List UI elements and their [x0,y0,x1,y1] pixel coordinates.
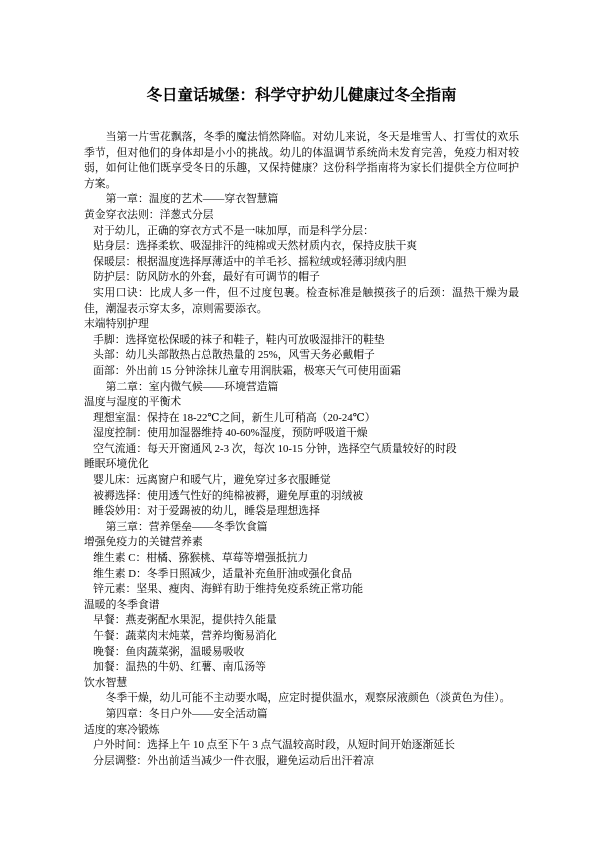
section-heading: 增强免疫力的关键营养素 [84,535,519,551]
list-item: 手脚：选择宽松保暖的袜子和鞋子，鞋内可放吸湿排汗的鞋垫 [84,333,519,349]
section-heading: 末端特别护理 [84,317,519,333]
section-heading: 温暖的冬季食谱 [84,598,519,614]
list-item: 湿度控制：使用加湿器维持 40-60%湿度，预防呼吸道干燥 [84,426,519,442]
chapter-3-title: 第三章：营养堡垒——冬季饮食篇 [84,520,519,536]
list-item: 防护层：防风防水的外套，最好有可调节的帽子 [84,270,519,286]
list-item: 午餐：蔬菜肉末炖菜，营养均衡易消化 [84,629,519,645]
list-item: 理想室温：保持在 18-22℃之间，新生儿可稍高（20-24℃） [84,411,519,427]
chapter-4-title: 第四章：冬日户外——安全活动篇 [84,707,519,723]
list-item: 晚餐：鱼肉蔬菜粥，温暖易吸收 [84,645,519,661]
section-heading: 睡眠环境优化 [84,457,519,473]
list-item: 维生素 C：柑橘、猕猴桃、草莓等增强抵抗力 [84,551,519,567]
list-item: 贴身层：选择柔软、吸湿排汗的纯棉或天然材质内衣，保持皮肤干爽 [84,239,519,255]
document-page: 冬日童话城堡：科学守护幼儿健康过冬全指南 当第一片雪花飘落，冬季的魔法悄然降临。… [0,0,595,841]
list-item: 分层调整：外出前适当减少一件衣服，避免运动后出汗着凉 [84,754,519,770]
section-heading: 饮水智慧 [84,676,519,692]
list-item: 空气流通：每天开窗通风 2-3 次，每次 10-15 分钟，选择空气质量较好的时… [84,442,519,458]
section-heading: 适度的寒冷锻炼 [84,723,519,739]
list-item: 睡袋妙用：对于爱踢被的幼儿，睡袋是理想选择 [84,504,519,520]
tip-paragraph: 实用口诀：比成人多一件，但不过度包裹。检查标准是触摸孩子的后颈：温热干燥为最佳，… [84,286,519,317]
list-item: 对于幼儿，正确的穿衣方式不是一味加厚，而是科学分层： [84,224,519,240]
list-item: 被褥选择：使用透气性好的纯棉被褥，避免厚重的羽绒被 [84,489,519,505]
list-item: 维生素 D：冬季日照减少，适量补充鱼肝油或强化食品 [84,567,519,583]
list-item: 加餐：温热的牛奶、红薯、南瓜汤等 [84,660,519,676]
list-item: 保暖层：根据温度选择厚薄适中的羊毛衫、摇粒绒或轻薄羽绒内胆 [84,255,519,271]
section-heading: 温度与湿度的平衡术 [84,395,519,411]
list-item: 头部：幼儿头部散热占总散热量的 25%，风雪天务必戴帽子 [84,348,519,364]
list-item: 面部：外出前 15 分钟涂抹儿童专用润肤霜，极寒天气可使用面霜 [84,364,519,380]
document-title: 冬日童话城堡：科学守护幼儿健康过冬全指南 [84,86,519,106]
list-item: 户外时间：选择上午 10 点至下午 3 点气温较高时段，从短时间开始逐渐延长 [84,738,519,754]
list-item: 婴儿床：远离窗户和暖气片，避免穿过多衣服睡觉 [84,473,519,489]
intro-paragraph: 当第一片雪花飘落，冬季的魔法悄然降临。对幼儿来说，冬天是堆雪人、打雪仗的欢乐季节… [84,130,519,192]
chapter-1-title: 第一章：温度的艺术——穿衣智慧篇 [84,192,519,208]
list-item: 早餐：燕麦粥配水果泥，提供持久能量 [84,613,519,629]
hydration-paragraph: 冬季干燥，幼儿可能不主动要水喝，应定时提供温水，观察尿液颜色（淡黄色为佳）。 [84,691,519,707]
chapter-2-title: 第二章：室内微气候——环境营造篇 [84,380,519,396]
list-item: 锌元素：坚果、瘦肉、海鲜有助于维持免疫系统正常功能 [84,582,519,598]
section-heading: 黄金穿衣法则：洋葱式分层 [84,208,519,224]
